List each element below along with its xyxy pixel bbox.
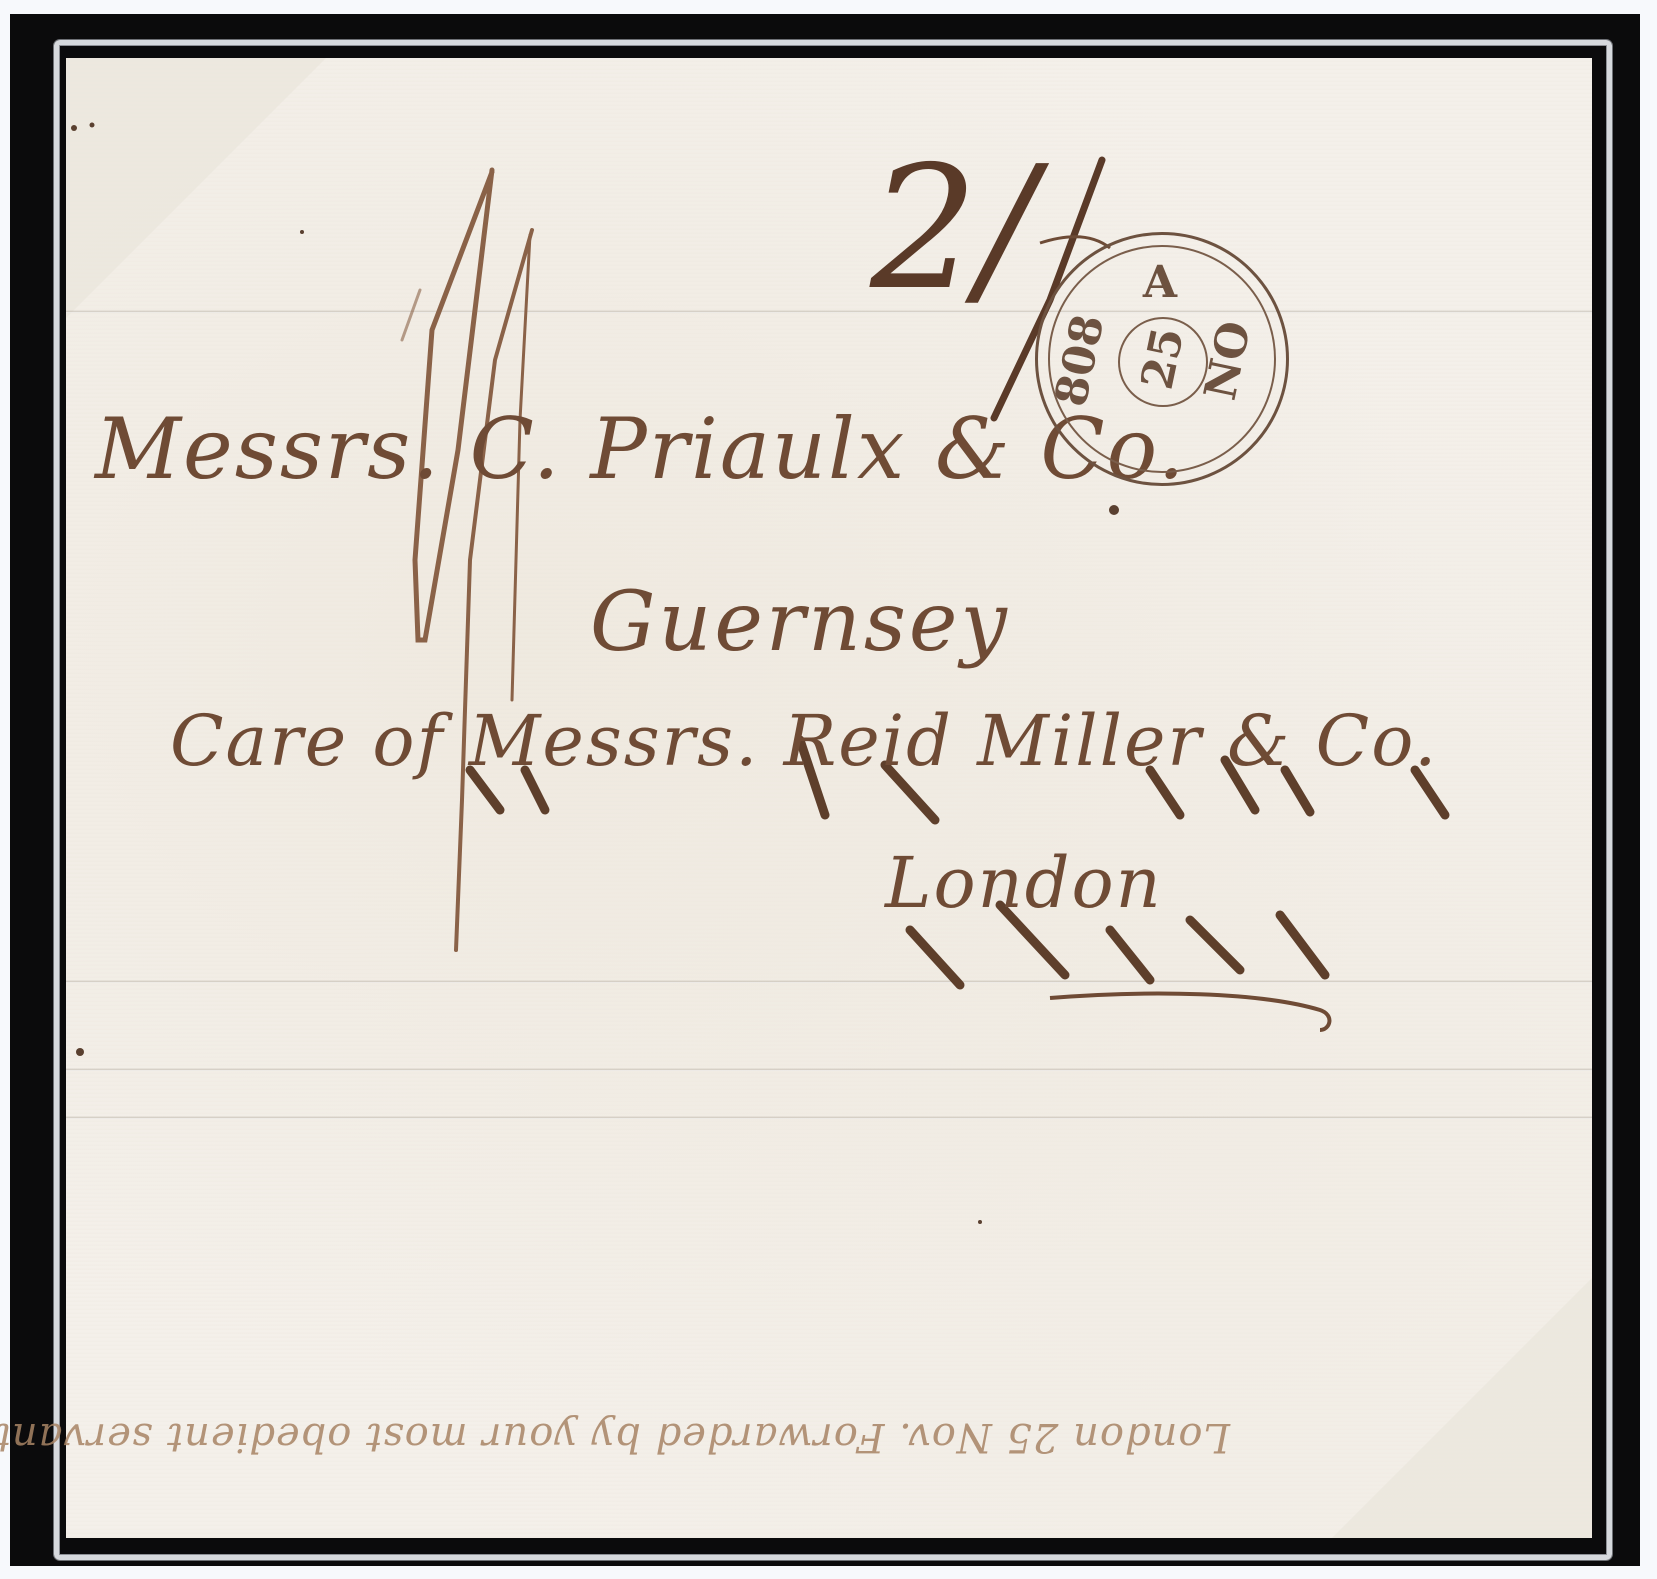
manuscript-rate: 2/ <box>870 130 1035 328</box>
route-instruction-line: Care of Messrs. Reid Miller & Co. <box>170 700 1438 782</box>
docket-note: London 25 Nov. Forwarded by your most ob… <box>0 1414 1230 1460</box>
datestamp: A 25 NO 808 <box>1035 232 1289 486</box>
fold-line <box>66 1116 1592 1119</box>
fold-line <box>66 980 1592 983</box>
mount-corner-bottom-right <box>1332 1278 1592 1538</box>
place-line: Guernsey <box>590 575 1010 670</box>
datestamp-year: 808 <box>1045 306 1116 414</box>
destination-line: London <box>885 842 1163 924</box>
datestamp-month: NO <box>1195 316 1262 405</box>
datestamp-code: A <box>1140 257 1180 308</box>
datestamp-day: 25 <box>1129 311 1197 406</box>
letter-sheet <box>66 58 1592 1538</box>
mount-corner-top-left <box>66 58 326 318</box>
fold-line <box>66 1068 1592 1071</box>
addressee-line: Messrs. C. Priaulx & Co. <box>95 400 1186 498</box>
fold-line <box>66 310 1592 313</box>
